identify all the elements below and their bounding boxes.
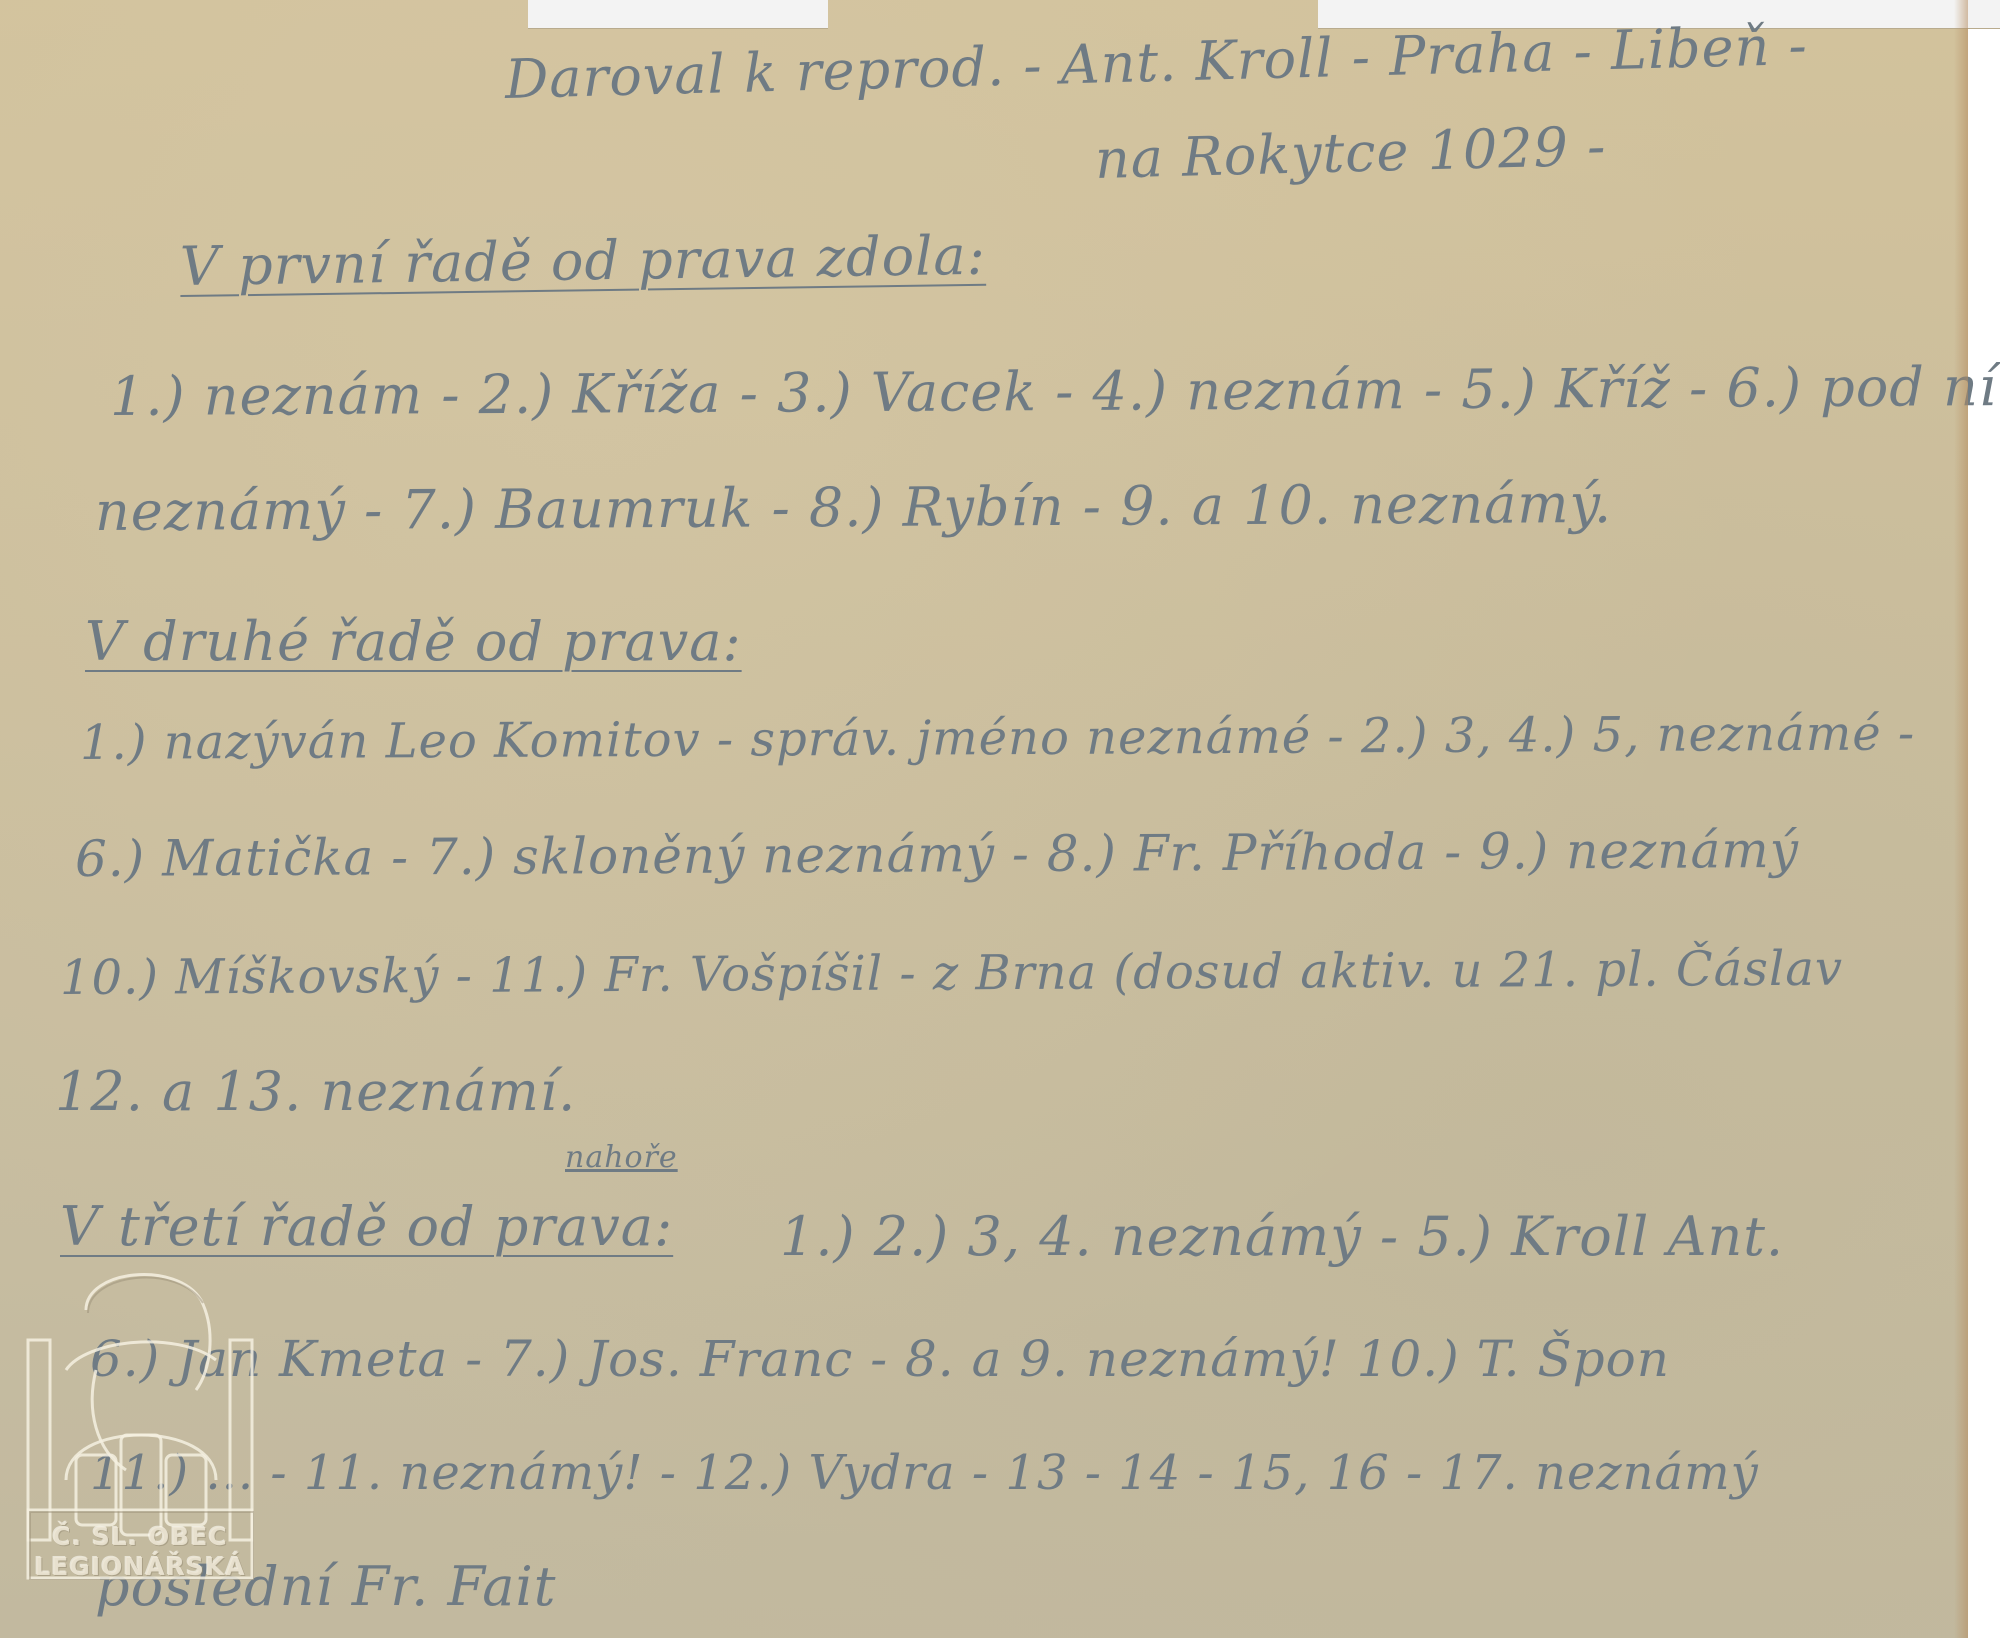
page: Daroval k reprod. - Ant. Kroll - Praha -… bbox=[0, 0, 2000, 1638]
stamp-text-line-1: Č. SL. OBEC bbox=[26, 1522, 254, 1551]
row-3-heading: V třetí řadě od prava: bbox=[60, 1195, 673, 1258]
row-2-heading: V druhé řadě od prava: bbox=[85, 610, 742, 673]
address-line: na Rokytce 1029 - bbox=[1094, 115, 1607, 191]
row-2-line-3: 10.) Míškovský - 11.) Fr. Vošpíšil - z B… bbox=[60, 941, 1843, 1006]
row-1-line-1: 1.) neznám - 2.) Kříža - 3.) Vacek - 4.)… bbox=[110, 355, 2000, 428]
row-2-line-2: 6.) Matička - 7.) skloněný neznámý - 8.)… bbox=[75, 821, 1799, 888]
row-1-heading: V první řadě od prava zdola: bbox=[180, 224, 987, 298]
row-3-line-3: 11.) ... - 11. neznámý! - 12.) Vydra - 1… bbox=[90, 1445, 1759, 1501]
stamp-text-line-2: LEGIONÁŘSKÁ bbox=[26, 1552, 254, 1581]
embossed-legion-stamp: Č. SL. OBEC LEGIONÁŘSKÁ bbox=[26, 1250, 254, 1580]
row-3-heading-note: nahoře bbox=[565, 1140, 678, 1175]
row-2-line-4: 12. a 13. neznámí. bbox=[55, 1060, 576, 1123]
mount-tab-left bbox=[528, 0, 828, 29]
row-3-line-1: 1.) 2.) 3, 4. neznámý - 5.) Kroll Ant. bbox=[780, 1205, 1784, 1268]
row-2-line-1: 1.) nazýván Leo Komitov - správ. jméno n… bbox=[80, 705, 1915, 771]
row-3-line-2: 6.) Jan Kmeta - 7.) Jos. Franc - 8. a 9.… bbox=[90, 1330, 1670, 1388]
row-1-line-2: neznámý - 7.) Baumruk - 8.) Rybín - 9. a… bbox=[95, 472, 1612, 543]
archival-card: Daroval k reprod. - Ant. Kroll - Praha -… bbox=[0, 0, 1968, 1638]
